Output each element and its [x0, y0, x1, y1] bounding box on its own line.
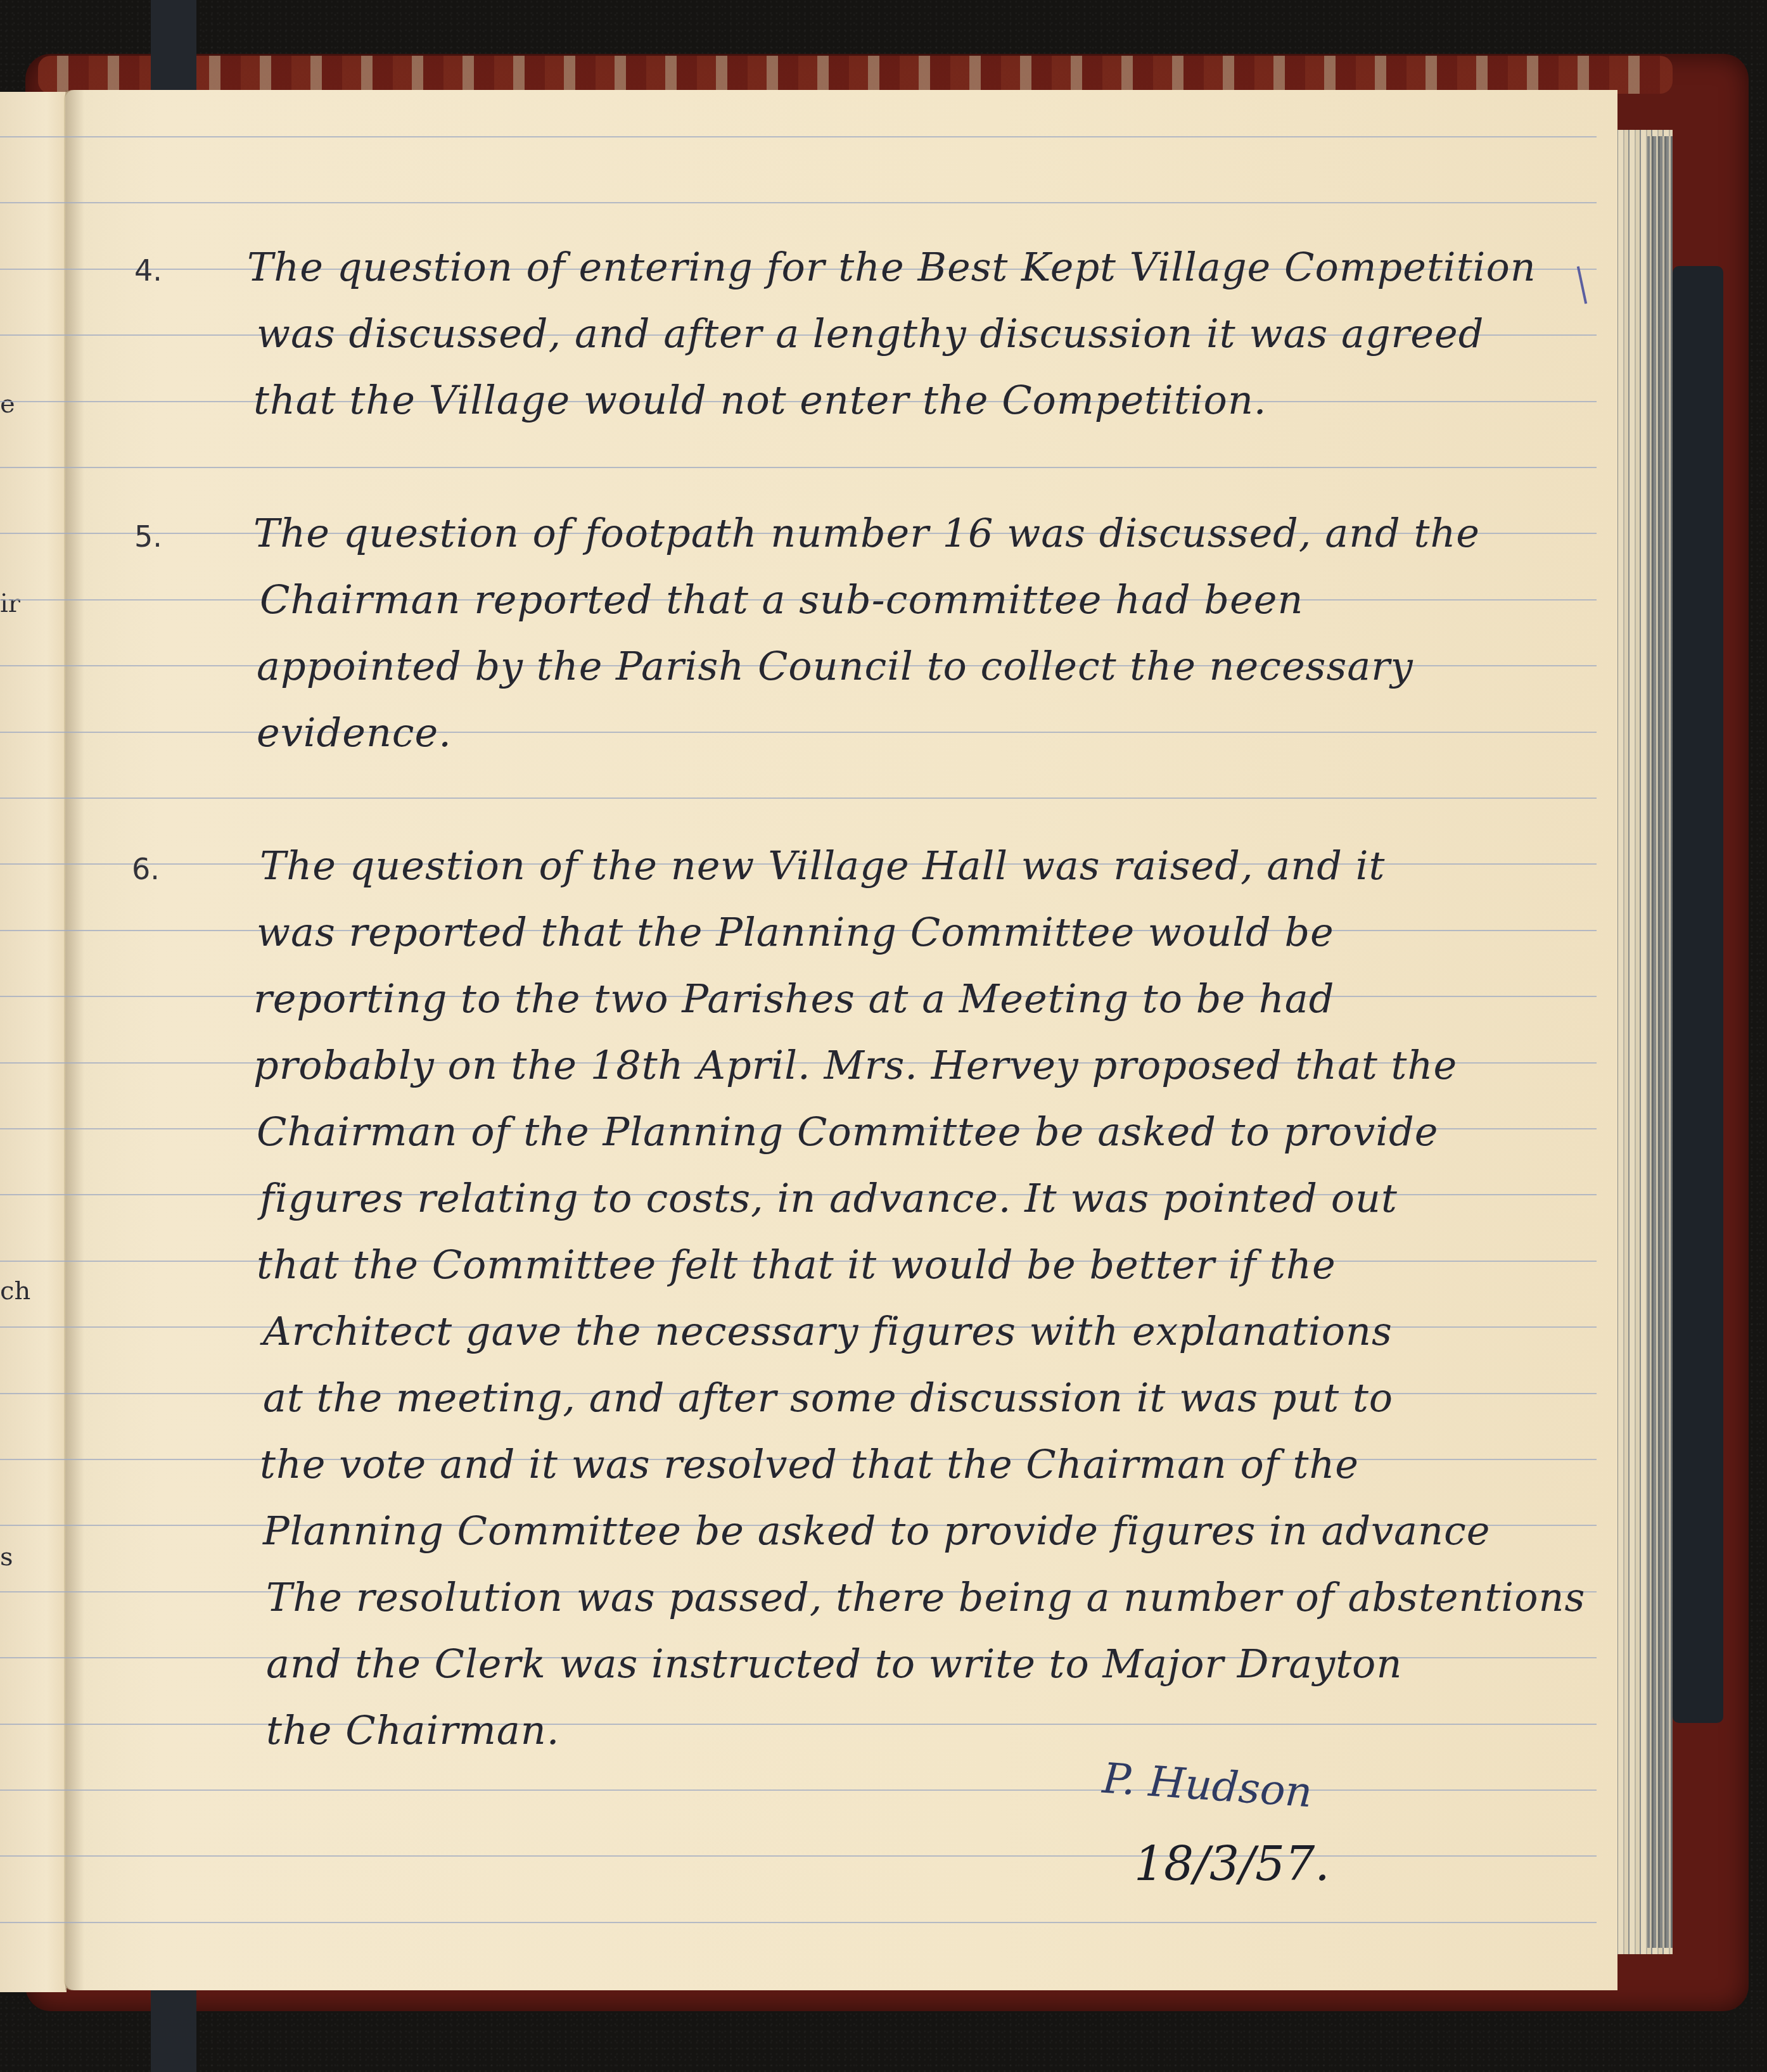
right-page — [65, 90, 1617, 1990]
minute-line: The question of footpath number 16 was d… — [253, 510, 1480, 556]
minute-line: The question of entering for the Best Ke… — [247, 244, 1536, 290]
minute-line: that the Committee felt that it would be… — [257, 1242, 1336, 1288]
ruled-line — [0, 467, 1597, 468]
minute-line: was reported that the Planning Committee… — [257, 909, 1334, 955]
minute-line: the vote and it was resolved that the Ch… — [260, 1441, 1359, 1487]
minute-line: figures relating to costs, in advance. I… — [260, 1175, 1398, 1221]
ruled-line — [0, 202, 1597, 203]
item-number: 4. — [134, 253, 162, 288]
page-edge-shading — [1647, 136, 1673, 1948]
minute-line: The resolution was passed, there being a… — [266, 1574, 1585, 1620]
minute-line: the Chairman. — [266, 1707, 559, 1753]
ruled-line — [0, 1789, 1597, 1791]
minute-line: Chairman reported that a sub-committee h… — [260, 576, 1303, 623]
left-page-fragment: s — [0, 1542, 13, 1572]
ruled-line — [0, 1855, 1597, 1857]
ruled-line — [0, 732, 1597, 733]
gutter-shadow — [65, 90, 84, 1990]
minute-line: and the Clerk was instructed to write to… — [266, 1641, 1402, 1687]
left-page: e ir ch s — [0, 92, 67, 1992]
minute-line: that the Village would not enter the Com… — [253, 377, 1267, 423]
left-page-fragment: e — [0, 390, 15, 419]
minute-line: reporting to the two Parishes at a Meeti… — [253, 976, 1334, 1022]
ruled-line — [0, 798, 1597, 799]
ruled-line — [0, 1922, 1597, 1923]
minute-line: Chairman of the Planning Committee be as… — [257, 1109, 1438, 1155]
signature-date: 18/3/57. — [1134, 1837, 1330, 1891]
cover-frayed-edge — [38, 56, 1673, 94]
spine-band-top — [151, 0, 196, 95]
left-page-fragment: ch — [0, 1276, 30, 1306]
minute-line: The question of the new Village Hall was… — [260, 842, 1385, 889]
ruled-line — [0, 136, 1597, 137]
item-number: 5. — [134, 519, 162, 554]
minute-line: evidence. — [257, 709, 452, 756]
minute-line: probably on the 18th April. Mrs. Hervey … — [253, 1042, 1457, 1088]
ruled-line — [0, 1724, 1597, 1725]
left-page-fragment: ir — [0, 589, 20, 618]
minute-line: Planning Committee be asked to provide f… — [263, 1508, 1490, 1554]
cover-spine — [1673, 266, 1723, 1723]
item-number: 6. — [132, 852, 160, 886]
spine-band-bottom — [151, 1989, 196, 2072]
minute-line: appointed by the Parish Council to colle… — [257, 643, 1413, 689]
minute-line: was discussed, and after a lengthy discu… — [257, 310, 1484, 357]
minute-line: Architect gave the necessary figures wit… — [263, 1308, 1393, 1354]
minute-line: at the meeting, and after some discussio… — [263, 1375, 1393, 1421]
